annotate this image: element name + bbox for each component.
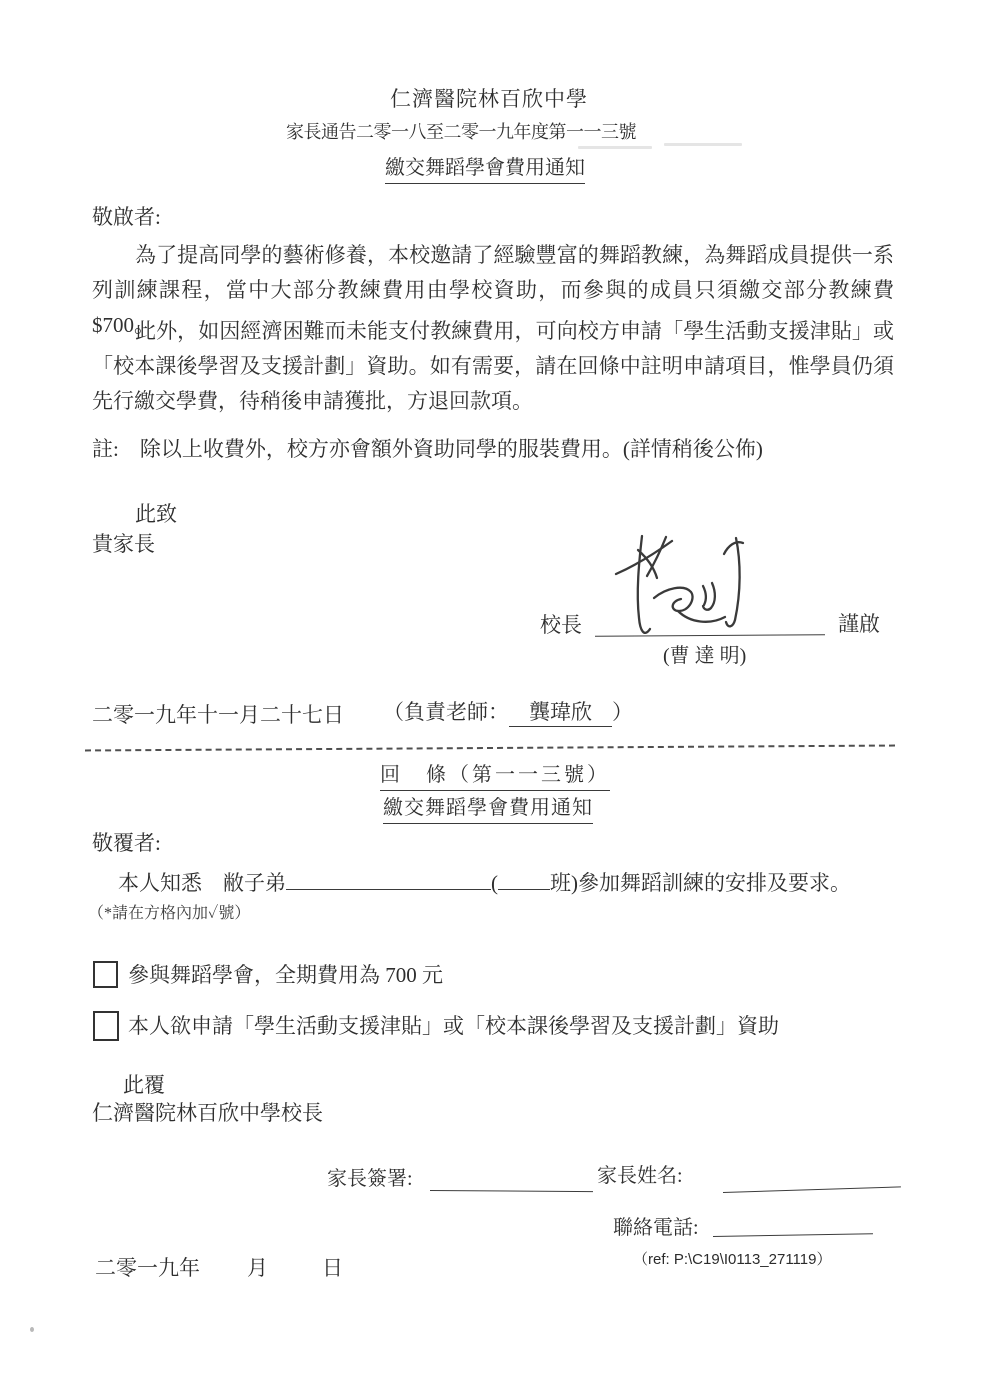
closing-recipient: 貴家長: [92, 531, 155, 557]
ack-prefix: 本人知悉 敝子弟: [118, 871, 286, 895]
note-line: 註: 除以上收費外，校方亦會額外資助同學的服裝費用。(詳情稍後公佈): [92, 436, 763, 462]
parent-name-label: 家長姓名:: [597, 1164, 683, 1189]
checkbox-join-club: [93, 961, 118, 988]
ack-suffix: 參加舞蹈訓練的安排及要求。: [578, 871, 851, 895]
option-join-club-label: 參與舞蹈學會，全期費用為 700 元: [128, 962, 443, 988]
student-name-blank: [286, 868, 491, 890]
reply-slip-subtitle: 繳交舞蹈學會費用通知: [383, 796, 593, 824]
principal-sign-off: 謹啟: [838, 611, 880, 637]
school-name: 仁濟醫院林百欣中學: [390, 86, 588, 112]
notice-number-line: 家長通告二零一八至二零一九年度第一一三號: [286, 121, 636, 144]
reply-salutation: 敬覆者:: [92, 830, 161, 856]
acknowledgement-line: 本人知悉 敝子弟(班)參加舞蹈訓練的安排及要求。: [118, 868, 851, 896]
reply-date-line: 二零一九年月日: [95, 1255, 343, 1281]
reply-cifu: 此覆: [123, 1072, 165, 1098]
phone-line: [713, 1233, 873, 1237]
phone-label: 聯絡電話:: [613, 1216, 699, 1241]
salutation: 敬啟者:: [92, 204, 161, 230]
principal-name: (曹 達 明): [663, 644, 746, 669]
checkbox-apply-subsidy: [93, 1011, 119, 1041]
principal-signature-ink: [608, 534, 760, 644]
teacher-suffix: ）: [612, 700, 633, 724]
file-reference: （ref: P:\C19\I0113_271119）: [633, 1248, 831, 1269]
closing-cichi: 此致: [135, 501, 177, 527]
reply-date-month: 月: [247, 1256, 268, 1280]
class-blank: [498, 868, 550, 890]
teacher-name: 龔瑋欣: [509, 700, 612, 727]
teacher-line: （負責老師：龔瑋欣）: [383, 699, 633, 725]
parent-signature-label: 家長簽署:: [327, 1167, 413, 1192]
ack-class-suffix: 班): [550, 871, 578, 895]
reply-date-year: 二零一九年: [95, 1256, 200, 1280]
parent-signature-line: [430, 1190, 593, 1192]
scan-artifact: [664, 143, 742, 146]
paragraph-2: 此外，如因經濟困難而未能支付教練費用，可向校方申請「學生活動支援津貼」或「校本課…: [92, 314, 894, 419]
scan-speck: [30, 1327, 34, 1332]
reply-date-day: 日: [322, 1256, 343, 1280]
notice-title: 繳交舞蹈學會費用通知: [385, 156, 585, 184]
teacher-prefix: （負責老師：: [383, 700, 509, 724]
scan-artifact: [578, 146, 652, 149]
scanned-parent-notice: 仁濟醫院林百欣中學 家長通告二零一八至二零一九年度第一一三號 繳交舞蹈學會費用通…: [0, 0, 984, 1392]
option-apply-subsidy-label: 本人欲申請「學生活動支援津貼」或「校本課後學習及支援計劃」資助: [128, 1013, 779, 1039]
letter-date: 二零一九年十一月二十七日: [92, 702, 344, 728]
principal-label: 校長: [540, 612, 582, 638]
reply-addressee: 仁濟醫院林百欣中學校長: [92, 1100, 323, 1126]
tick-instruction: （*請在方格內加✓號）: [88, 904, 250, 924]
reply-slip-title: 回 條（第一一三號）: [380, 763, 610, 791]
ack-open-paren: (: [491, 871, 498, 895]
cut-dashed-line: [85, 745, 895, 752]
parent-name-line: [723, 1186, 901, 1193]
